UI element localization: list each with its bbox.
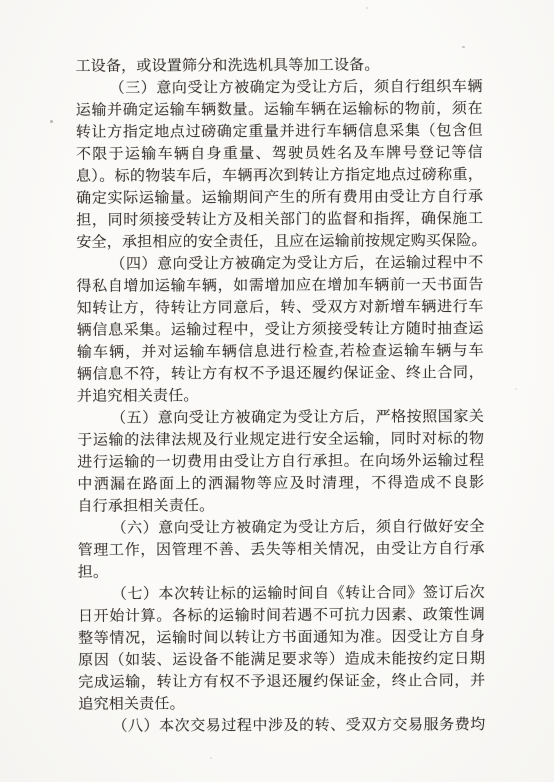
document-body: 工设备，或设置筛分和洗选机具等加工设备。（三）意向受让方被确定为受让方后，须自行… — [76, 54, 486, 738]
text-line: 不限于运输车辆自身重量、驾驶员姓名及车牌号登记等信 — [76, 142, 483, 166]
text-line: 确定实际运输量。运输期间产生的所有费用由受让方自行承 — [76, 186, 483, 210]
text-line: 中洒漏在路面上的洒漏物等应及时清理，不得造成不良影响， — [77, 472, 484, 496]
text-line: （五）意向受让方被确定为受让方后，严格按照国家关 — [77, 406, 484, 430]
text-line: 整等情况，运输时间以转让方书面通知为准。因受让方自身 — [78, 626, 485, 650]
scan-speck — [515, 388, 517, 390]
text-line: 自行承担相关责任。 — [77, 494, 484, 518]
text-line: 输车辆，并对运输车辆信息进行检查,若检查运输车辆与车 — [77, 340, 484, 364]
text-line: 于运输的法律法规及行业规定进行安全运输，同时对标的物 — [77, 428, 484, 452]
text-line: 知转让方，待转让方同意后，转、受双方对新增车辆进行车 — [77, 296, 484, 320]
text-line: 日开始计算。各标的运输时间若遇不可抗力因素、政策性调 — [78, 604, 485, 628]
scan-speck — [462, 46, 465, 48]
text-line: 安全，承担相应的安全责任，且应在运输前按规定购买保险。 — [76, 230, 483, 254]
scanned-page: 工设备，或设置筛分和洗选机具等加工设备。（三）意向受让方被确定为受让方后，须自行… — [0, 0, 554, 782]
text-line: 担。 — [78, 560, 485, 584]
text-line: 并追究相关责任。 — [77, 384, 484, 408]
text-line: （三）意向受让方被确定为受让方后，须自行组织车辆 — [76, 76, 483, 100]
text-line: （八）本次交易过程中涉及的转、受双方交易服务费均 — [78, 714, 485, 738]
text-line: 辆信息采集。运输过程中，受让方须接受转让方随时抽查运 — [77, 318, 484, 342]
text-line: 管理工作，因管理不善、丢失等相关情况，由受让方自行承 — [78, 538, 485, 562]
scan-speck — [366, 7, 368, 9]
text-line: 完成运输，转让方有权不予退还履约保证金，终止合同，并 — [78, 670, 485, 694]
text-line: 担，同时须接受转让方及相关部门的监督和指挥，确保施工 — [76, 208, 483, 232]
text-line: 辆信息不符，转让方有权不予退还履约保证金、终止合同， — [77, 362, 484, 386]
text-line: 追究相关责任。 — [78, 692, 485, 716]
scan-speck — [210, 757, 212, 759]
text-line: 运输并确定运输车辆数量。运输车辆在运输标的物前，须在 — [76, 98, 483, 122]
text-lines: 工设备，或设置筛分和洗选机具等加工设备。（三）意向受让方被确定为受让方后，须自行… — [76, 54, 486, 738]
text-line: （六）意向受让方被确定为受让方后，须自行做好安全 — [78, 516, 485, 540]
text-line: 工设备，或设置筛分和洗选机具等加工设备。 — [76, 54, 483, 78]
text-line: 进行运输的一切费用由受让方自行承担。在向场外运输过程 — [77, 450, 484, 474]
text-line: 转让方指定地点过磅确定重量并进行车辆信息采集（包含但 — [76, 120, 483, 144]
text-line: 息）。标的物装车后，车辆再次到转让方指定地点过磅称重， — [76, 164, 483, 188]
text-line: （七）本次转让标的运输时间自《转让合同》签订后次 — [78, 582, 485, 606]
text-line: 得私自增加运输车辆，如需增加应在增加车辆前一天书面告 — [76, 274, 483, 298]
scan-speck — [50, 120, 53, 123]
text-line: （四）意向受让方被确定为受让方后，在运输过程中不 — [76, 252, 483, 276]
text-line: 原因（如装、运设备不能满足要求等）造成未能按约定日期 — [78, 648, 485, 672]
